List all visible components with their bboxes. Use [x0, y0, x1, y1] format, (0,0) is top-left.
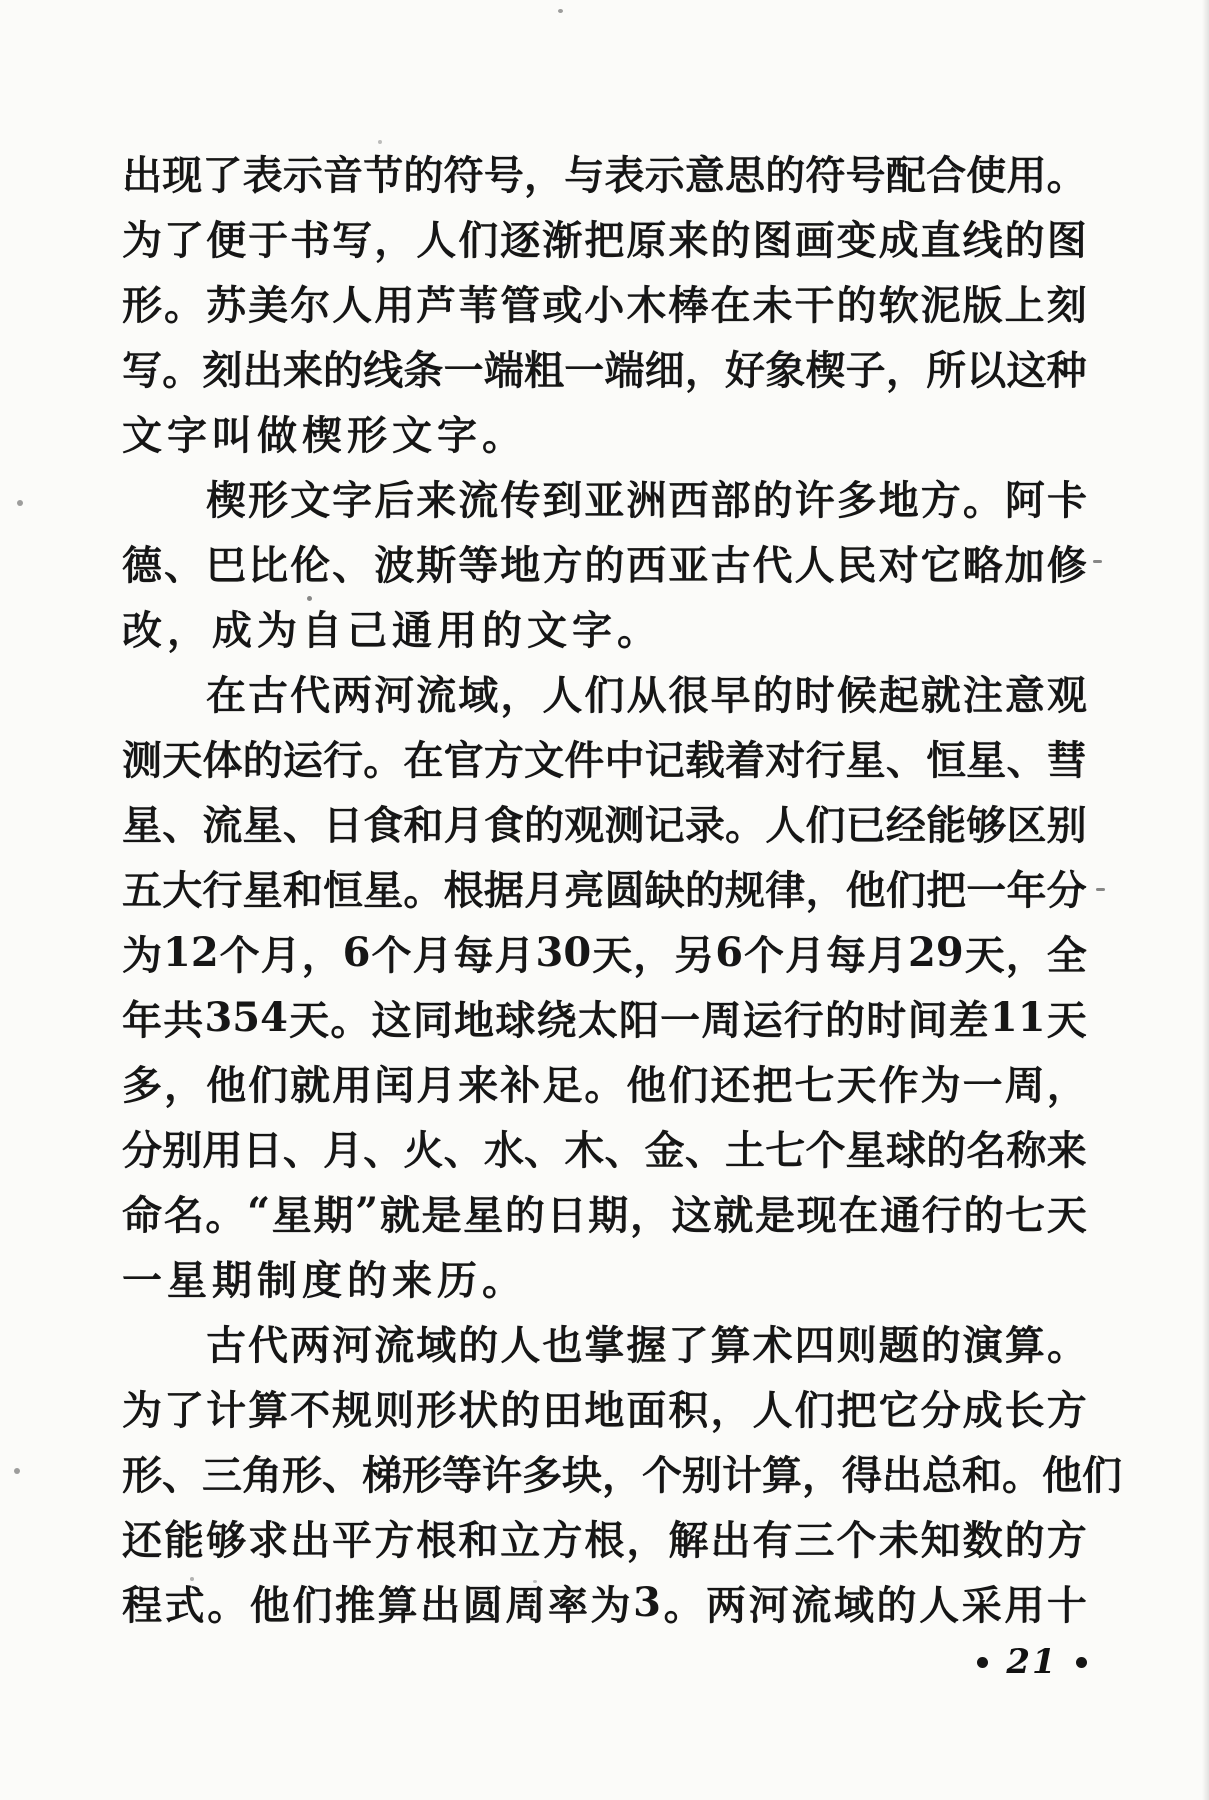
scan-speck: [533, 1580, 537, 1583]
scanned-page: { "document": { "type": "scanned-book-pa…: [0, 0, 1209, 1800]
text-line: 古代两河流域的人也掌握了算术四则题的演算。: [122, 1310, 1087, 1375]
text-block: 出现了表示音节的符号，与表示意思的符号配合使用。为了便于书写，人们逐渐把原来的图…: [122, 140, 1087, 1635]
text-line: 为了便于书写，人们逐渐把原来的图画变成直线的图: [122, 205, 1087, 270]
text-line: 改，成为自己通用的文字。: [122, 595, 1087, 660]
scan-speck: [190, 1577, 194, 1581]
text-line: 写。刻出来的线条一端粗一端细，好象楔子，所以这种: [122, 335, 1087, 400]
scan-speck: [17, 500, 23, 506]
text-line: 文字叫做楔形文字。: [122, 400, 1087, 465]
scan-speck: [14, 1468, 20, 1474]
text-line: 分别用日、月、火、水、木、金、土七个星球的名称来: [122, 1115, 1087, 1180]
text-line: 在古代两河流域，人们从很早的时候起就注意观: [122, 660, 1087, 725]
scan-speck: [558, 9, 563, 13]
text-line: 为了计算不规则形状的田地面积，人们把它分成长方: [122, 1375, 1087, 1440]
text-line: 形、三角形、梯形等许多块，个别计算，得出总和。他们: [122, 1440, 1087, 1505]
text-line: 命名。“星期”就是星的日期，这就是现在通行的七天: [122, 1180, 1087, 1245]
text-line: 还能够求出平方根和立方根，解出有三个未知数的方: [122, 1505, 1087, 1570]
text-line: 楔形文字后来流传到亚洲西部的许多地方。阿卡: [122, 465, 1087, 530]
bullet-dot-icon: [977, 1657, 988, 1668]
scan-speck: [378, 140, 382, 144]
text-line: 一星期制度的来历。: [122, 1245, 1087, 1310]
bullet-dot-icon: [1076, 1657, 1087, 1668]
text-line: 德、巴比伦、波斯等地方的西亚古代人民对它略加修: [122, 530, 1087, 595]
page-number-value: 21: [1006, 1642, 1057, 1682]
scan-dash: [1093, 560, 1102, 563]
scan-dash: [1096, 888, 1105, 891]
text-line: 为12个月，6个月每月30天，另6个月每月29天，全: [122, 920, 1087, 985]
text-line: 形。苏美尔人用芦苇管或小木棒在未干的软泥版上刻: [122, 270, 1087, 335]
text-line: 程式。他们推算出圆周率为3。两河流域的人采用十: [122, 1570, 1087, 1635]
text-line: 出现了表示音节的符号，与表示意思的符号配合使用。: [122, 140, 1087, 205]
text-line: 测天体的运行。在官方文件中记载着对行星、恒星、彗: [122, 725, 1087, 790]
text-line: 年共354天。这同地球绕太阳一周运行的时间差11天: [122, 985, 1087, 1050]
text-line: 多，他们就用闰月来补足。他们还把七天作为一周，: [122, 1050, 1087, 1115]
scan-speck: [307, 596, 312, 601]
scan-edge-shadow: [1202, 0, 1209, 1800]
page-number: 21: [977, 1640, 1087, 1684]
text-line: 星、流星、日食和月食的观测记录。人们已经能够区别: [122, 790, 1087, 855]
text-line: 五大行星和恒星。根据月亮圆缺的规律，他们把一年分: [122, 855, 1087, 920]
